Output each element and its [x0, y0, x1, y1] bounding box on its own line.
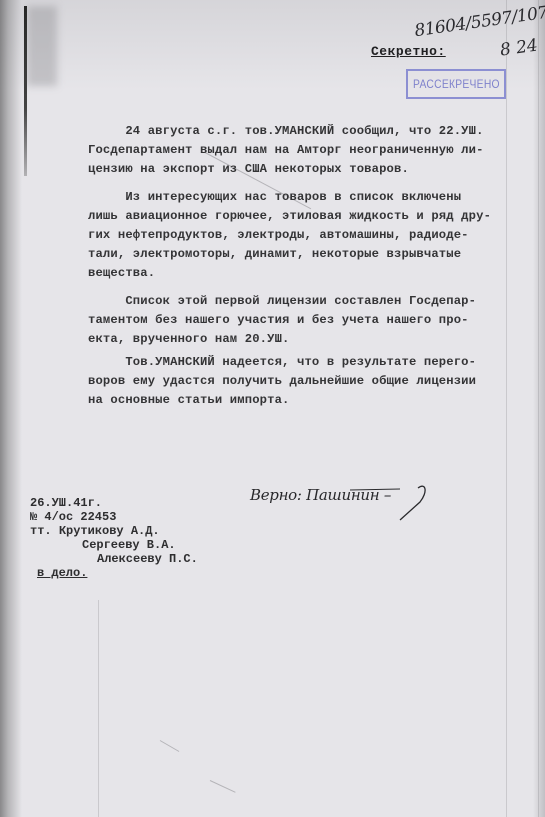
document-footer: 26.УШ.41г. № 4/ос 22453 тт. Крутикову А.…	[30, 496, 198, 580]
document-body: 24 августа с.г. тов.УМАНСКИЙ сообщил, чт…	[88, 122, 518, 410]
sheet-number: 8 24	[499, 35, 539, 60]
archive-number: 81604/5597/107	[413, 3, 545, 41]
classification-label: Секретно:	[371, 44, 446, 59]
text-line: Госдепартамент выдал нам на Амторг неогр…	[88, 141, 518, 160]
declassified-stamp: РАССЕКРЕЧЕНО	[406, 69, 506, 99]
text-line: вещества.	[88, 264, 518, 283]
text-line: лишь авиационное горючее, этиловая жидко…	[88, 207, 518, 226]
document-date: 26.УШ.41г.	[30, 496, 198, 510]
text-line: воров ему удастся получить дальнейшие об…	[88, 372, 518, 391]
text-line: Из интересующих нас товаров в список вкл…	[88, 188, 518, 207]
recipients-block: тт. Крутикову А.Д.	[30, 524, 198, 538]
recipient: Крутикову А.Д.	[59, 524, 160, 538]
recipient: Сергееву В.А.	[30, 538, 198, 552]
text-line: Список этой первой лицензии составлен Го…	[88, 292, 518, 311]
text-line: екта, врученного нам 20.УШ.	[88, 330, 518, 349]
document-page: 81604/5597/107 8 24 Секретно: РАССЕКРЕЧЕ…	[0, 0, 545, 817]
recipient: Алексееву П.С.	[30, 552, 198, 566]
signature-block: Верно: Пашинин –	[250, 482, 450, 522]
signature-flourish-icon	[250, 482, 450, 522]
declassified-stamp-text: РАССЕКРЕЧЕНО	[413, 77, 500, 91]
reference-number: № 4/ос 22453	[30, 510, 198, 524]
file-note: в дело.	[30, 566, 198, 580]
paragraph: 24 августа с.г. тов.УМАНСКИЙ сообщил, чт…	[88, 122, 518, 179]
scan-artifact-line	[98, 600, 99, 817]
scan-artifact-line	[538, 0, 539, 817]
text-line: на основные статьи импорта.	[88, 391, 518, 410]
recipients-prefix: тт.	[30, 524, 52, 538]
scan-scratch	[210, 780, 236, 793]
paragraph: Из интересующих нас товаров в список вкл…	[88, 188, 518, 283]
paragraph: Тов.УМАНСКИЙ надеется, что в результате …	[88, 353, 518, 410]
text-line: гих нефтепродуктов, электроды, автомашин…	[88, 226, 518, 245]
text-line: 24 августа с.г. тов.УМАНСКИЙ сообщил, чт…	[88, 122, 518, 141]
paragraph: Список этой первой лицензии составлен Го…	[88, 292, 518, 349]
text-line: Тов.УМАНСКИЙ надеется, что в результате …	[88, 353, 518, 372]
text-line: тали, электромоторы, динамит, некоторые …	[88, 245, 518, 264]
scan-scratch	[160, 740, 180, 752]
text-line: таментом без нашего участия и без учета …	[88, 311, 518, 330]
text-line: цензию на экспорт из США некоторых товар…	[88, 160, 518, 179]
scan-smudge	[27, 6, 57, 86]
